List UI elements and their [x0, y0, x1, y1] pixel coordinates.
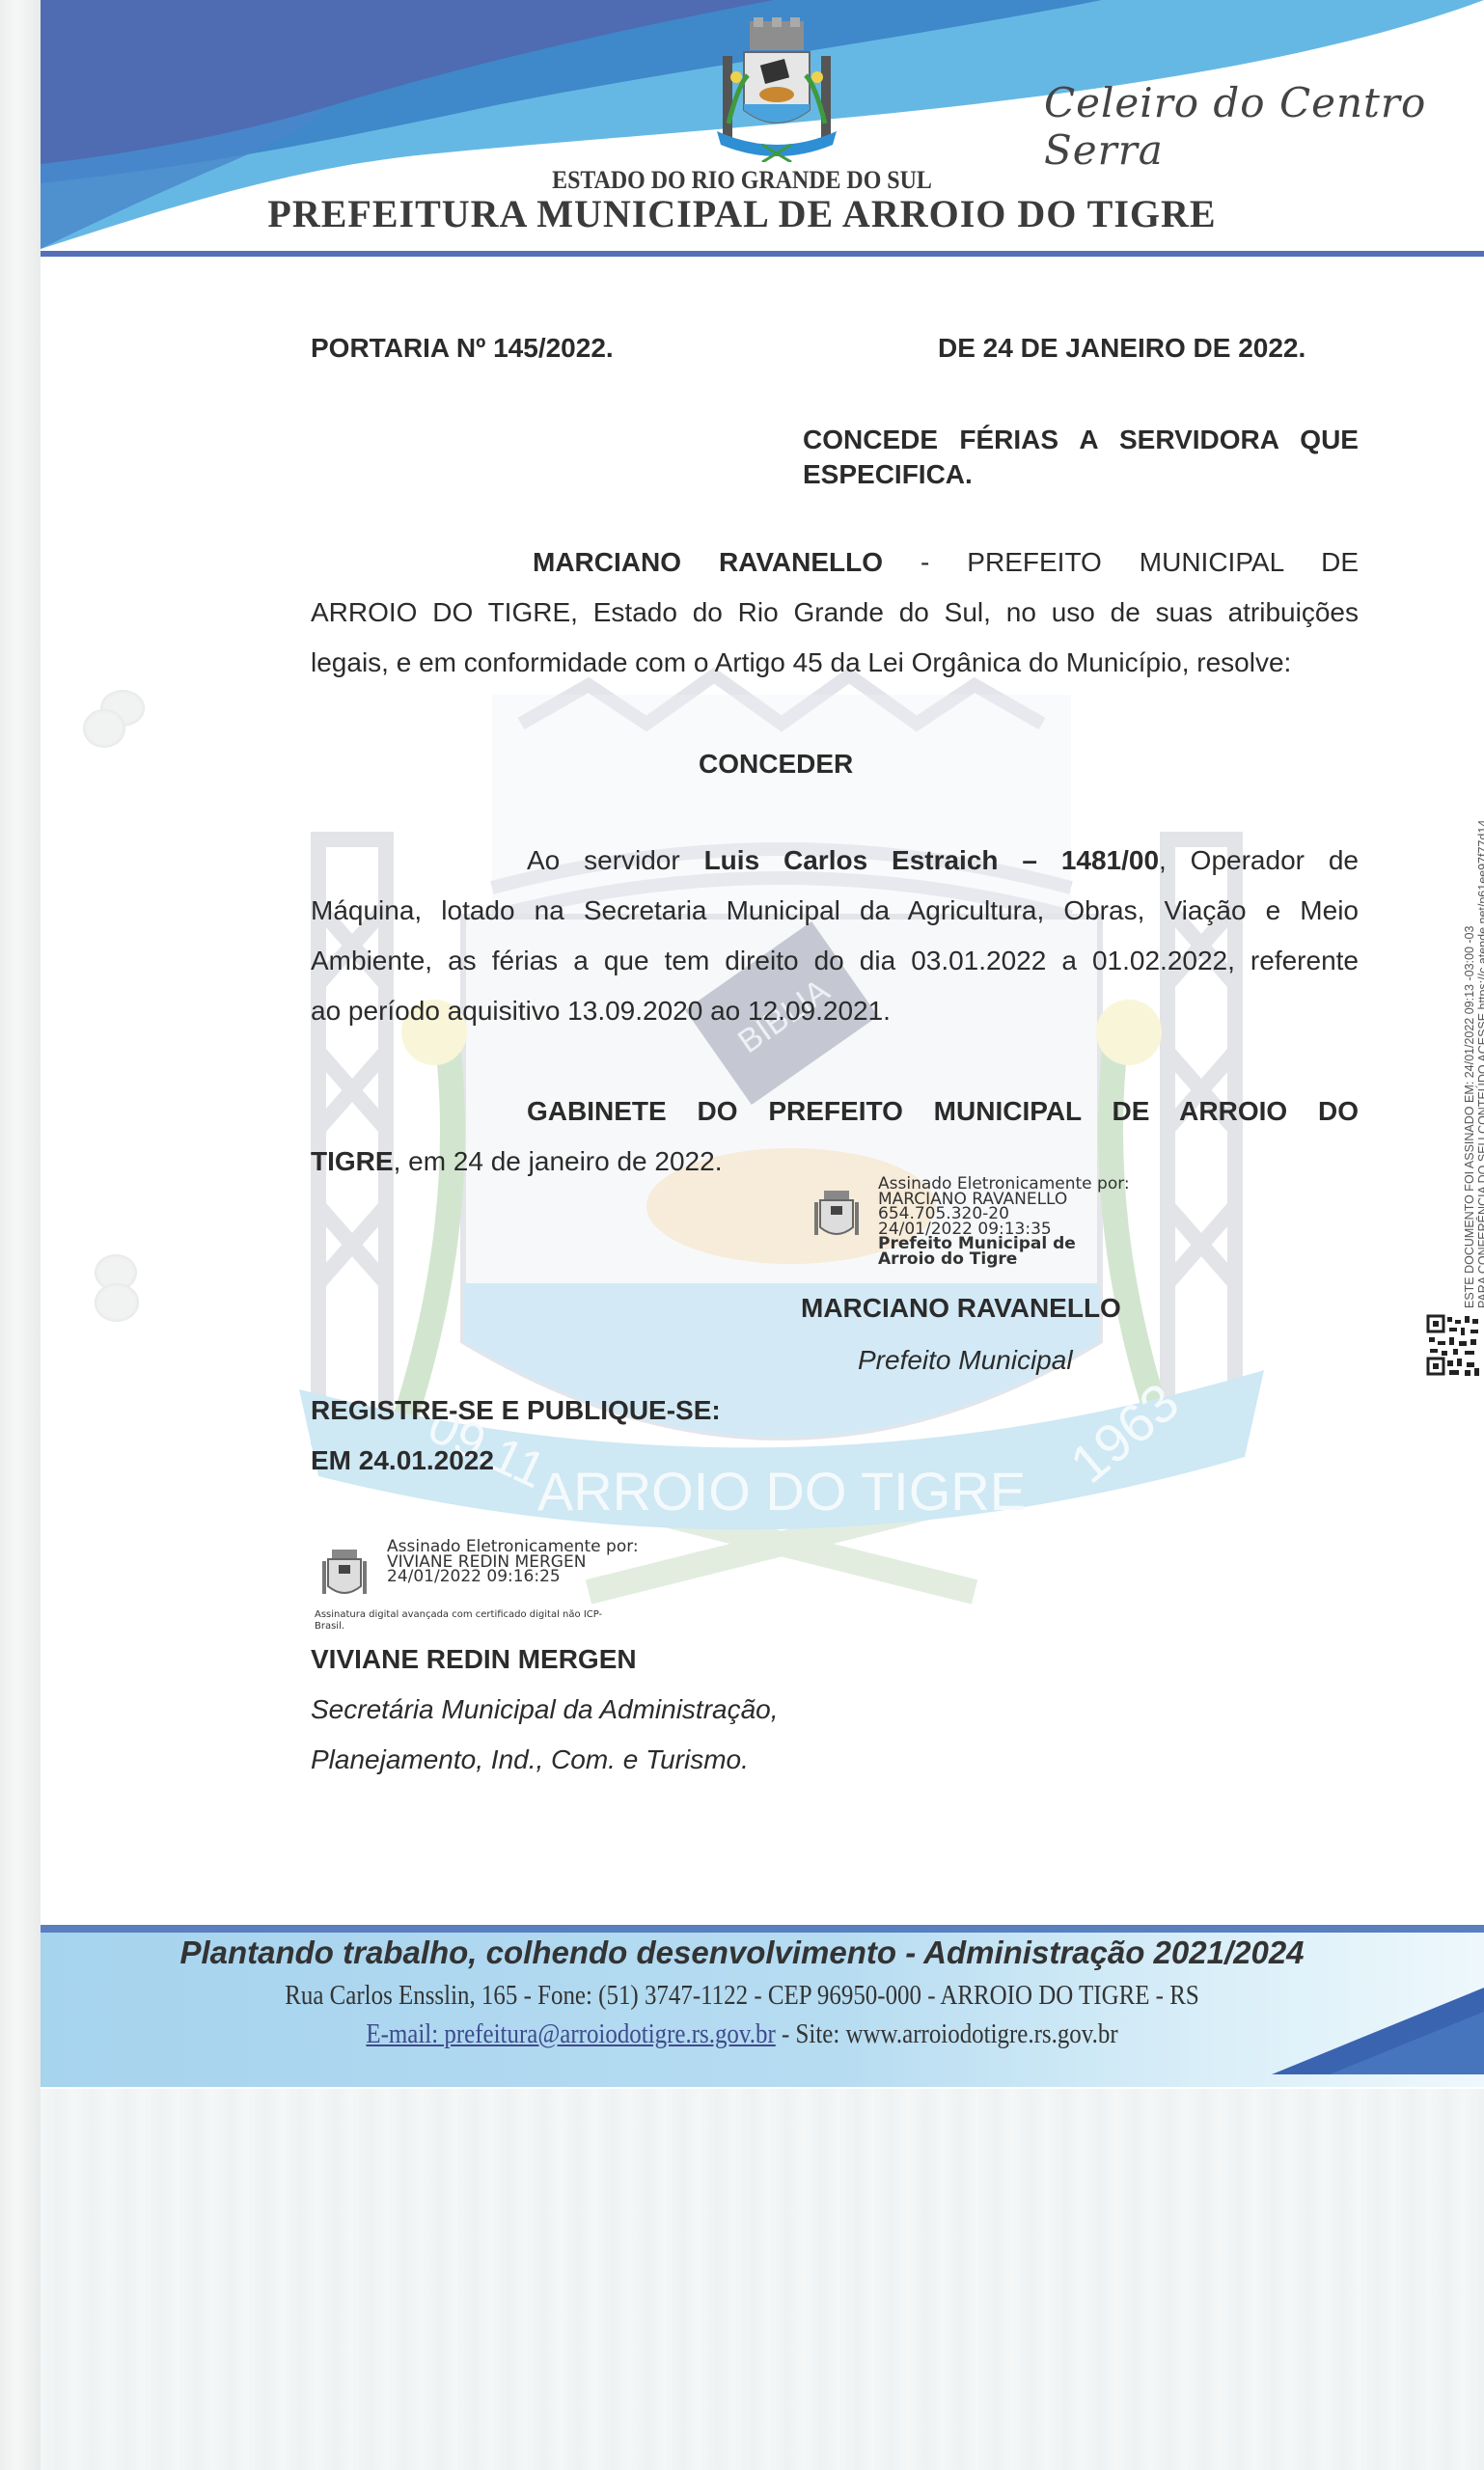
- article-line3: Ambiente, as férias a que tem direito do…: [311, 936, 1359, 986]
- blank-scan-area: [41, 2089, 1484, 2470]
- article-line4: ao período aquisitivo 13.09.2020 ao 12.0…: [311, 986, 891, 1036]
- closing-line1: GABINETE DO PREFEITO MUNICIPAL DE ARROIO…: [527, 1086, 1359, 1137]
- municipal-crest-icon: [709, 17, 844, 162]
- preamble-line3: legais, e em conformidade com o Artigo 4…: [311, 638, 1359, 688]
- footer-email-link[interactable]: E-mail: prefeitura@arroiodotigre.rs.gov.…: [366, 2018, 775, 2049]
- employee-name: Luis Carlos Estraich – 1481/00: [704, 845, 1159, 875]
- svg-text:ARROIO DO TIGRE: ARROIO DO TIGRE: [537, 1461, 1026, 1522]
- footer-divider: [41, 1925, 1484, 1933]
- article-line1: Ao servidor Luis Carlos Estraich – 1481/…: [527, 836, 1359, 886]
- article-line2: Máquina, lotado na Secretaria Municipal …: [311, 886, 1359, 936]
- mayor-esignature-stamp: Assinado Eletronicamente por: MARCIANO R…: [878, 1177, 1130, 1267]
- decree-date: DE 24 DE JANEIRO DE 2022.: [938, 323, 1305, 373]
- prefecture-name: PREFEITURA MUNICIPAL DE ARROIO DO TIGRE: [0, 191, 1484, 236]
- scan-edge: [0, 0, 41, 2470]
- footer-site: - Site: www.arroiodotigre.rs.gov.br: [776, 2018, 1118, 2049]
- qr-code-icon[interactable]: [1426, 1314, 1480, 1378]
- decree-summary-line2: ESPECIFICA.: [803, 457, 973, 492]
- signature-certificate-note: Assinatura digital avançada com certific…: [315, 1609, 602, 1633]
- seal-icon: [811, 1189, 863, 1245]
- verification-side-text: ESTE DOCUMENTO FOI ASSINADO EM: 24/01/20…: [1463, 816, 1484, 1308]
- registration-line1: REGISTRE-SE E PUBLIQUE-SE:: [311, 1386, 721, 1436]
- mayor-signatory-role: Prefeito Municipal: [858, 1335, 1073, 1386]
- punch-hole: [95, 1283, 139, 1322]
- footer-address: Rua Carlos Ensslin, 165 - Fone: (51) 374…: [104, 1980, 1381, 2012]
- footer-slogan: Plantando trabalho, colhendo desenvolvim…: [0, 1935, 1484, 1971]
- secretary-signatory-name: VIVIANE REDIN MERGEN: [311, 1634, 637, 1685]
- mayor-signatory-name: MARCIANO RAVANELLO: [801, 1283, 1121, 1333]
- seal-icon: [318, 1548, 371, 1604]
- preamble-line2: ARROIO DO TIGRE, Estado do Rio Grande do…: [311, 588, 1359, 638]
- decree-number: PORTARIA Nº 145/2022.: [311, 323, 614, 373]
- closing-line2: TIGRE, em 24 de janeiro de 2022.: [311, 1137, 722, 1187]
- action-heading: CONCEDER: [699, 739, 853, 789]
- registration-line2: EM 24.01.2022: [311, 1436, 494, 1486]
- preamble-line1: MARCIANO RAVANELLO - PREFEITO MUNICIPAL …: [533, 537, 1359, 588]
- header-divider: [41, 251, 1484, 257]
- decree-summary-line1: CONCEDE FÉRIAS A SERVIDORA QUE: [803, 423, 1359, 457]
- secretary-esignature-stamp: Assinado Eletronicamente por: VIVIANE RE…: [387, 1540, 639, 1585]
- municipal-motto: Celeiro do Centro Serra: [1044, 79, 1484, 174]
- mayor-name-inline: MARCIANO RAVANELLO: [533, 547, 883, 577]
- verification-link[interactable]: PARA CONFERÊNCIA DO SEU CONTEÚDO ACESSE …: [1476, 816, 1484, 1308]
- secretary-role-line2: Planejamento, Ind., Com. e Turismo.: [311, 1735, 749, 1785]
- footer-contact: E-mail: prefeitura@arroiodotigre.rs.gov.…: [104, 2018, 1381, 2050]
- secretary-role-line1: Secretária Municipal da Administração,: [311, 1685, 779, 1735]
- punch-hole: [83, 709, 125, 748]
